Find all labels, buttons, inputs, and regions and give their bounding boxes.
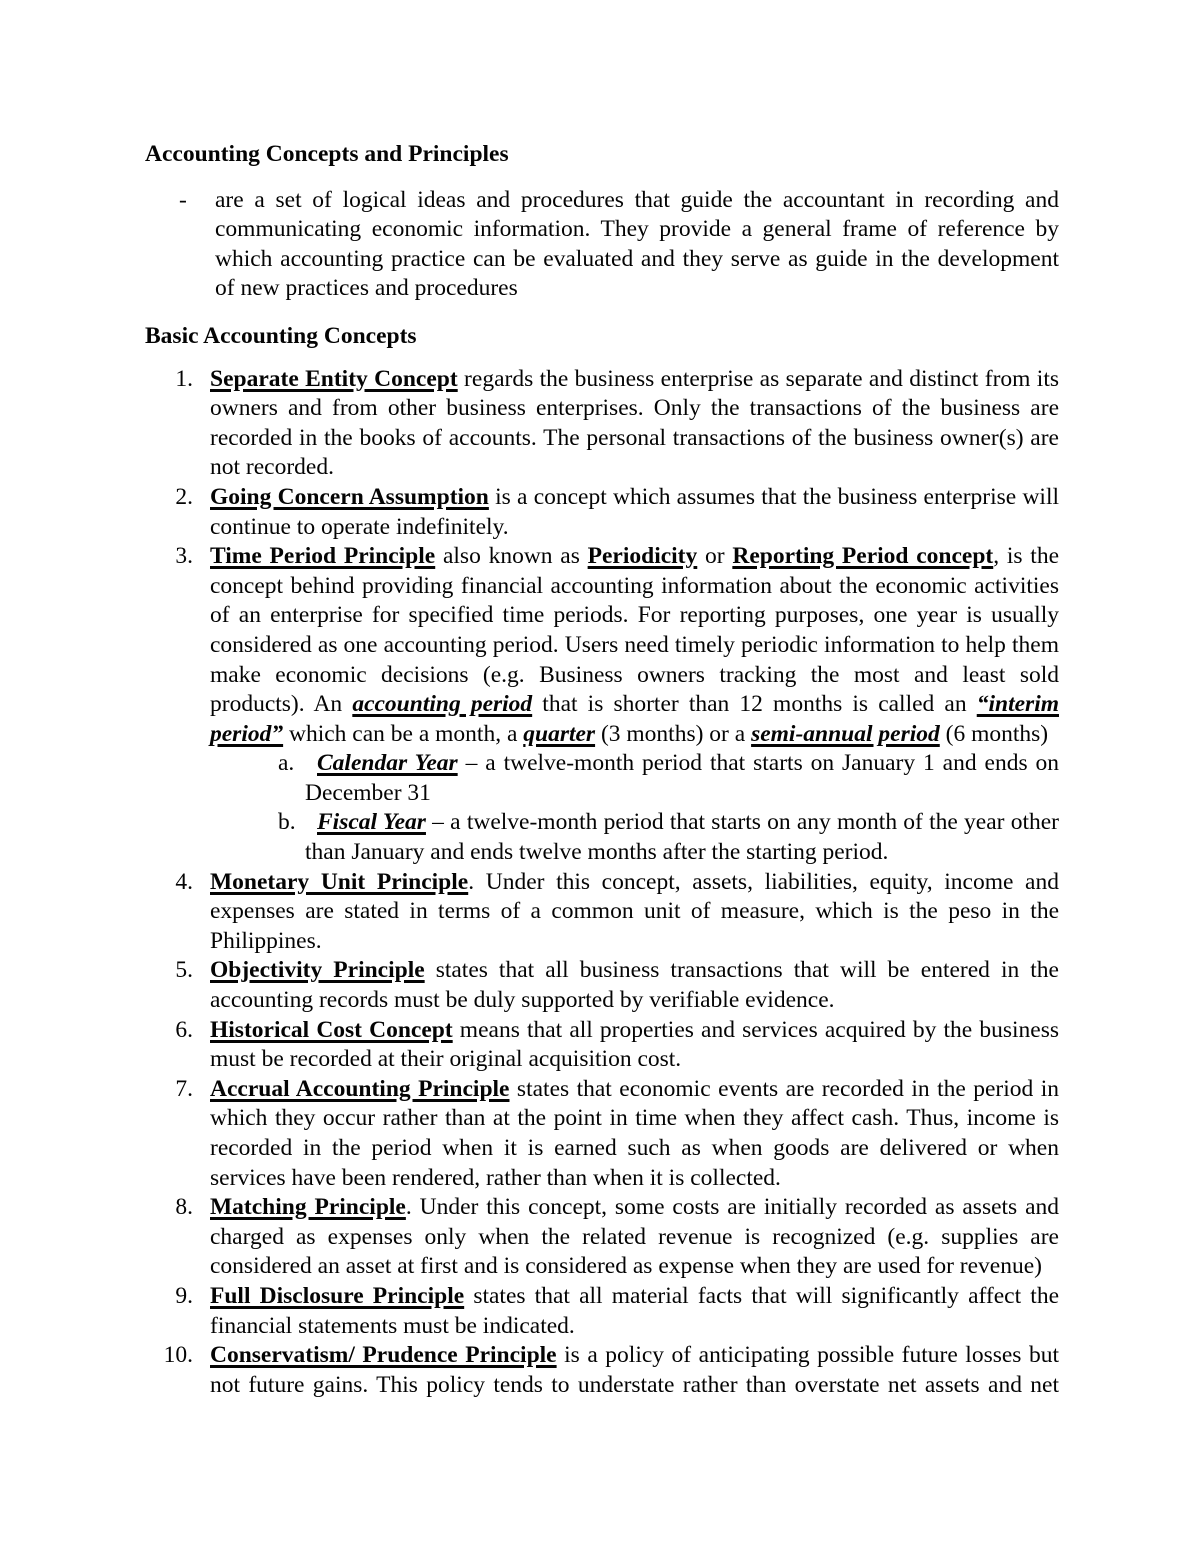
intro-bullet-item: - are a set of logical ideas and procedu… [215,186,1059,304]
sub-item: a.Calendar Year – a twelve-month period … [210,749,1059,808]
concept-item: 5.Objectivity Principle states that all … [145,956,1059,1015]
item-number: 8. [145,1193,193,1223]
item-text-run: that is shorter than 12 months is called… [532,691,977,717]
item-text-run: which can be a month, a [283,721,523,747]
section-heading: Basic Accounting Concepts [145,322,1059,352]
concept-item: 3.Time Period Principle also known as Pe… [145,542,1059,868]
concept-item: 1.Separate Entity Concept regards the bu… [145,365,1059,483]
concept-item: 6.Historical Cost Concept means that all… [145,1016,1059,1075]
concept-item: 10.Conservatism/ Prudence Principle is a… [145,1341,1059,1400]
key-term: Going Concern Assumption [210,484,489,510]
sub-list: a.Calendar Year – a twelve-month period … [210,749,1059,867]
key-term: Conservatism/ Prudence Principle [210,1342,557,1368]
item-number: 1. [145,365,193,395]
item-paragraph: Historical Cost Concept means that all p… [210,1016,1059,1075]
key-term: Objectivity Principle [210,957,425,983]
bullet-dash: - [179,186,187,216]
item-number: 4. [145,868,193,898]
concept-item: 7.Accrual Accounting Principle states th… [145,1075,1059,1193]
sub-item-letter: a. [278,749,294,779]
item-number: 2. [145,483,193,513]
key-term: Accrual Accounting Principle [210,1076,509,1102]
key-term: Matching Principle [210,1194,406,1220]
concept-item: 9.Full Disclosure Principle states that … [145,1282,1059,1341]
item-number: 10. [145,1341,193,1371]
item-paragraph: Matching Principle. Under this concept, … [210,1193,1059,1282]
item-text-run: (6 months) [940,721,1048,747]
key-term: semi-annual period [751,721,940,747]
item-paragraph: Going Concern Assumption is a concept wh… [210,483,1059,542]
sub-item: b.Fiscal Year – a twelve-month period th… [210,808,1059,867]
item-paragraph: Accrual Accounting Principle states that… [210,1075,1059,1193]
concept-item: 8.Matching Principle. Under this concept… [145,1193,1059,1282]
concept-item: 2.Going Concern Assumption is a concept … [145,483,1059,542]
item-text-run: (3 months) or a [595,721,751,747]
key-term: Time Period Principle [210,543,435,569]
key-term: Reporting Period concept [732,543,993,569]
item-number: 6. [145,1016,193,1046]
key-term: accounting period [352,691,532,717]
sub-item-letter: b. [278,808,296,838]
concepts-list: 1.Separate Entity Concept regards the bu… [145,365,1059,1401]
item-number: 3. [145,542,193,572]
item-number: 9. [145,1282,193,1312]
key-term: Separate Entity Concept [210,366,458,392]
key-term: Periodicity [588,543,698,569]
document-title: Accounting Concepts and Principles [145,140,1059,170]
item-paragraph: Time Period Principle also known as Peri… [210,542,1059,749]
document-page: Accounting Concepts and Principles - are… [0,0,1200,1553]
item-paragraph: Monetary Unit Principle. Under this conc… [210,868,1059,957]
item-paragraph: Conservatism/ Prudence Principle is a po… [210,1341,1059,1400]
key-term: Fiscal Year [317,809,426,835]
key-term: Calendar Year [317,750,458,776]
item-text-run: or [697,543,732,569]
item-paragraph: Full Disclosure Principle states that al… [210,1282,1059,1341]
item-paragraph: Separate Entity Concept regards the busi… [210,365,1059,483]
key-term: Historical Cost Concept [210,1017,453,1043]
item-number: 7. [145,1075,193,1105]
sub-item-paragraph: Fiscal Year – a twelve-month period that… [305,808,1059,867]
item-text-run: also known as [435,543,587,569]
key-term: quarter [523,721,595,747]
sub-item-paragraph: Calendar Year – a twelve-month period th… [305,749,1059,808]
intro-text: are a set of logical ideas and procedure… [215,186,1059,304]
item-paragraph: Objectivity Principle states that all bu… [210,956,1059,1015]
key-term: Full Disclosure Principle [210,1283,464,1309]
key-term: Monetary Unit Principle [210,869,468,895]
item-number: 5. [145,956,193,986]
concept-item: 4.Monetary Unit Principle. Under this co… [145,868,1059,957]
